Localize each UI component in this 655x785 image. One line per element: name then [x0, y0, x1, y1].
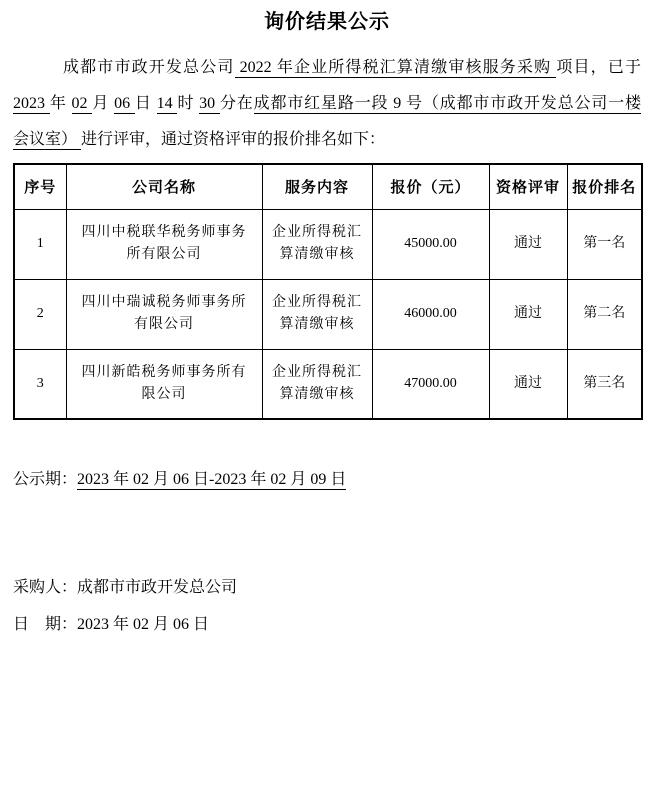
table-cell-service: 企业所得税汇算清缴审核 — [262, 279, 372, 349]
publicity-label: 公示期： — [13, 471, 77, 488]
underlined-text: 成都市红星路一段 9 号（成都市市政开发总公司一楼 — [254, 95, 641, 114]
table-cell-seq: 1 — [14, 209, 66, 279]
table-cell-rank: 第二名 — [567, 279, 642, 349]
publicity-period: 公示期：2023 年 02 月 06 日-2023 年 02 月 09 日 — [13, 470, 641, 490]
table-row: 3四川新皓税务师事务所有限公司企业所得税汇算清缴审核47000.00通过第三名 — [14, 349, 642, 419]
table-cell-company: 四川中瑞诚税务师事务所有限公司 — [66, 279, 262, 349]
table-header-row: 序号公司名称服务内容报价（元）资格评审报价排名 — [14, 164, 642, 209]
underlined-text: 2022 年企业所得税汇算清缴审核服务采购 — [235, 59, 557, 78]
table-cell-qual: 通过 — [489, 349, 567, 419]
plain-text: 时 — [177, 95, 199, 112]
date-value: 2023 年 02 月 06 日 — [77, 616, 209, 633]
plain-text: 项目，已于 — [556, 59, 641, 76]
plain-text: 月 — [92, 95, 114, 112]
table-cell-seq: 3 — [14, 349, 66, 419]
underlined-text: 14 — [157, 95, 178, 114]
date-line: 日 期：2023 年 02 月 06 日 — [13, 615, 641, 635]
result-table: 序号公司名称服务内容报价（元）资格评审报价排名 1四川中税联华税务师事务所有限公… — [13, 163, 643, 420]
column-header: 服务内容 — [262, 164, 372, 209]
table-cell-company: 四川中税联华税务师事务所有限公司 — [66, 209, 262, 279]
intro-line: 成都市市政开发总公司 2022 年企业所得税汇算清缴审核服务采购 项目，已于 — [13, 50, 641, 86]
table-cell-price: 45000.00 — [372, 209, 489, 279]
underlined-text: 02 — [72, 95, 93, 114]
plain-text: 进行评审，通过资格评审的报价排名如下： — [81, 131, 385, 148]
table-cell-price: 46000.00 — [372, 279, 489, 349]
date-label: 日 期： — [13, 616, 77, 633]
table-cell-company: 四川新皓税务师事务所有限公司 — [66, 349, 262, 419]
buyer-value: 成都市市政开发总公司 — [77, 579, 237, 596]
table-row: 1四川中税联华税务师事务所有限公司企业所得税汇算清缴审核45000.00通过第一… — [14, 209, 642, 279]
intro-line: 会议室） 进行评审，通过资格评审的报价排名如下： — [13, 122, 641, 158]
underlined-text: 2023 — [13, 95, 50, 114]
underlined-text: 会议室） — [13, 131, 81, 150]
table-cell-qual: 通过 — [489, 209, 567, 279]
publicity-value: 2023 年 02 月 06 日-2023 年 02 月 09 日 — [77, 471, 346, 490]
buyer-label: 采购人： — [13, 579, 77, 596]
table-cell-service: 企业所得税汇算清缴审核 — [262, 209, 372, 279]
buyer-line: 采购人：成都市市政开发总公司 — [13, 578, 641, 598]
plain-text: 成都市市政开发总公司 — [63, 59, 235, 76]
intro-paragraph: 成都市市政开发总公司 2022 年企业所得税汇算清缴审核服务采购 项目，已于20… — [13, 50, 641, 158]
table-cell-service: 企业所得税汇算清缴审核 — [262, 349, 372, 419]
plain-text: 年 — [50, 95, 72, 112]
intro-line: 2023 年 02 月 06 日 14 时 30 分在成都市红星路一段 9 号（… — [13, 86, 641, 122]
document-page: 询价结果公示 成都市市政开发总公司 2022 年企业所得税汇算清缴审核服务采购 … — [0, 0, 655, 785]
column-header: 报价（元） — [372, 164, 489, 209]
table-cell-rank: 第一名 — [567, 209, 642, 279]
table-cell-qual: 通过 — [489, 279, 567, 349]
underlined-text: 30 — [199, 95, 220, 114]
plain-text: 分在 — [220, 95, 254, 112]
column-header: 序号 — [14, 164, 66, 209]
table-body: 1四川中税联华税务师事务所有限公司企业所得税汇算清缴审核45000.00通过第一… — [14, 209, 642, 419]
column-header: 公司名称 — [66, 164, 262, 209]
table-cell-seq: 2 — [14, 279, 66, 349]
column-header: 资格评审 — [489, 164, 567, 209]
table-cell-rank: 第三名 — [567, 349, 642, 419]
plain-text: 日 — [135, 95, 157, 112]
table-cell-price: 47000.00 — [372, 349, 489, 419]
column-header: 报价排名 — [567, 164, 642, 209]
underlined-text: 06 — [114, 95, 135, 114]
page-title: 询价结果公示 — [13, 8, 641, 36]
table-row: 2四川中瑞诚税务师事务所有限公司企业所得税汇算清缴审核46000.00通过第二名 — [14, 279, 642, 349]
